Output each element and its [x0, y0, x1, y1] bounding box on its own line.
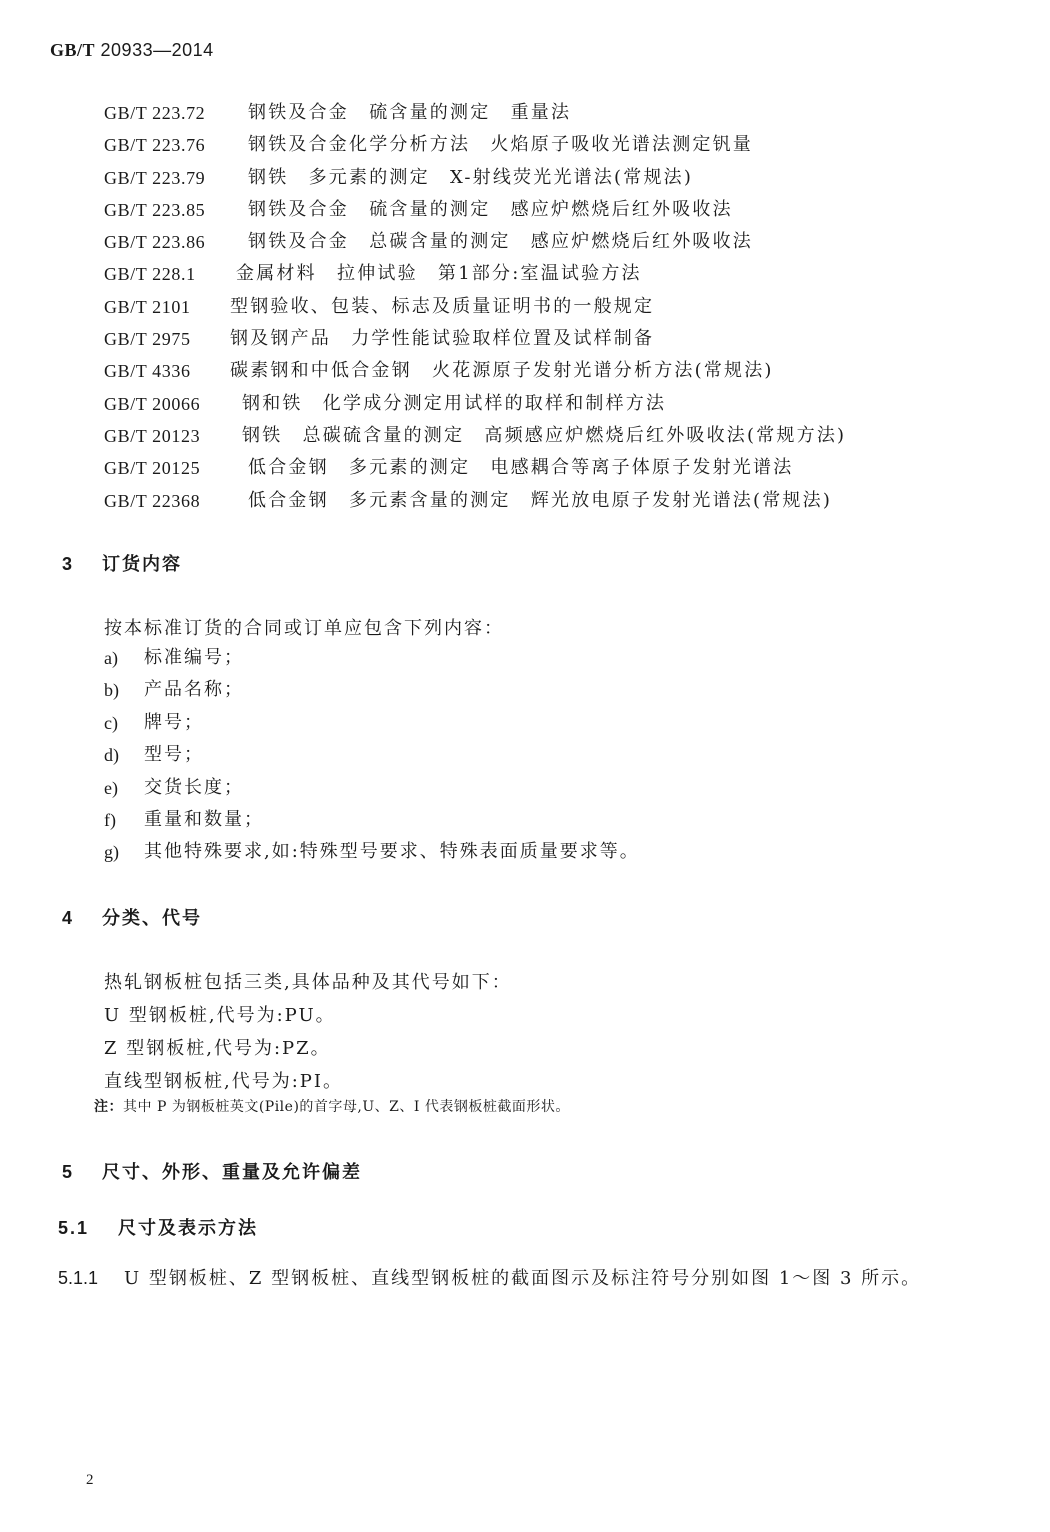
standard-number: 20933—2014 [101, 40, 214, 60]
list-text: 型号； [144, 739, 204, 771]
reference-title: 钢铁 多元素的测定 X-射线荧光光谱法(常规法) [248, 162, 693, 194]
list-marker: f) [104, 804, 144, 836]
page-number: 2 [86, 1472, 94, 1489]
clause-text: U 型钢板桩、Z 型钢板桩、直线型钢板桩的截面图示及标注符号分别如图 1～图 3… [124, 1268, 921, 1289]
reference-title: 型钢验收、包装、标志及质量证明书的一般规定 [230, 291, 654, 323]
section-4-intro: 热轧钢板桩包括三类,具体品种及其代号如下： [104, 968, 512, 994]
reference-item: GB/T 228.1金属材料 拉伸试验 第1部分:室温试验方法 [104, 258, 846, 290]
list-text: 产品名称； [144, 674, 244, 706]
reference-item: GB/T 223.85钢铁及合金 硫含量的测定 感应炉燃烧后红外吸收法 [104, 194, 846, 226]
reference-code: GB/T 20066 [104, 388, 242, 420]
reference-item: GB/T 20123钢铁 总碳硫含量的测定 高频感应炉燃烧后红外吸收法(常规方法… [104, 420, 846, 452]
reference-item: GB/T 223.79钢铁 多元素的测定 X-射线荧光光谱法(常规法) [104, 162, 846, 194]
reference-code: GB/T 223.86 [104, 226, 248, 258]
section-title: 尺寸、外形、重量及允许偏差 [102, 1162, 362, 1182]
code-line-pu: U 型钢板桩,代号为:PU。 [104, 1001, 336, 1027]
reference-item: GB/T 20066钢和铁 化学成分测定用试样的取样和制样方法 [104, 388, 846, 420]
reference-title: 低合金钢 多元素含量的测定 辉光放电原子发射光谱法(常规法) [248, 485, 832, 517]
list-item: b)产品名称； [104, 674, 640, 706]
section-title: 分类、代号 [102, 908, 202, 928]
subsection-title: 尺寸及表示方法 [118, 1218, 258, 1238]
reference-title: 低合金钢 多元素的测定 电感耦合等离子体原子发射光谱法 [248, 452, 793, 484]
reference-code: GB/T 22368 [104, 485, 248, 517]
document-header: GB/T 20933—2014 [50, 40, 214, 61]
reference-code: GB/T 223.76 [104, 129, 248, 161]
reference-title: 钢铁及合金 总碳含量的测定 感应炉燃烧后红外吸收法 [248, 226, 753, 258]
reference-code: GB/T 4336 [104, 355, 230, 387]
reference-item: GB/T 22368低合金钢 多元素含量的测定 辉光放电原子发射光谱法(常规法) [104, 485, 846, 517]
subsection-5-1-heading: 5.1尺寸及表示方法 [58, 1214, 258, 1240]
reference-code: GB/T 2101 [104, 291, 230, 323]
list-marker: e) [104, 772, 144, 804]
note-label: 注： [94, 1098, 123, 1114]
reference-item: GB/T 223.76钢铁及合金化学分析方法 火焰原子吸收光谱法测定钒量 [104, 129, 846, 161]
code-line-pz: Z 型钢板桩,代号为:PZ。 [104, 1034, 331, 1060]
list-item: a)标准编号； [104, 642, 640, 674]
reference-code: GB/T 228.1 [104, 258, 236, 290]
reference-item: GB/T 20125低合金钢 多元素的测定 电感耦合等离子体原子发射光谱法 [104, 452, 846, 484]
reference-title: 碳素钢和中低合金钢 火花源原子发射光谱分析方法(常规法) [230, 355, 774, 387]
list-marker: g) [104, 836, 144, 868]
code-line-pi: 直线型钢板桩,代号为:PI。 [104, 1067, 343, 1093]
reference-code: GB/T 223.85 [104, 194, 248, 226]
list-item: g)其他特殊要求,如:特殊型号要求、特殊表面质量要求等。 [104, 836, 640, 868]
reference-title: 钢和铁 化学成分测定用试样的取样和制样方法 [242, 388, 666, 420]
reference-code: GB/T 223.79 [104, 162, 248, 194]
reference-code: GB/T 20125 [104, 452, 248, 484]
reference-item: GB/T 2975钢及钢产品 力学性能试验取样位置及试样制备 [104, 323, 846, 355]
subsection-number: 5.1 [58, 1218, 118, 1239]
normative-references-list: GB/T 223.72钢铁及合金 硫含量的测定 重量法 GB/T 223.76钢… [104, 97, 846, 517]
list-text: 交货长度； [144, 772, 244, 804]
list-item: e)交货长度； [104, 772, 640, 804]
note-text: 其中 P 为钢板桩英文(Pile)的首字母,U、Z、I 代表钢板桩截面形状。 [123, 1099, 570, 1115]
reference-code: GB/T 2975 [104, 323, 230, 355]
reference-title: 金属材料 拉伸试验 第1部分:室温试验方法 [236, 258, 642, 290]
section-4-heading: 4分类、代号 [62, 904, 202, 930]
list-item: f)重量和数量； [104, 804, 640, 836]
reference-title: 钢铁及合金化学分析方法 火焰原子吸收光谱法测定钒量 [248, 129, 753, 161]
list-marker: c) [104, 707, 144, 739]
order-contents-list: a)标准编号； b)产品名称； c)牌号； d)型号； e)交货长度； f)重量… [104, 642, 640, 869]
reference-title: 钢及钢产品 力学性能试验取样位置及试样制备 [230, 323, 654, 355]
reference-code: GB/T 223.72 [104, 97, 248, 129]
list-item: c)牌号； [104, 707, 640, 739]
list-text: 标准编号； [144, 642, 244, 674]
note: 注：其中 P 为钢板桩英文(Pile)的首字母,U、Z、I 代表钢板桩截面形状。 [94, 1096, 570, 1116]
clause-number: 5.1.1 [58, 1268, 124, 1289]
reference-code: GB/T 20123 [104, 420, 242, 452]
list-marker: a) [104, 642, 144, 674]
clause-5-1-1: 5.1.1U 型钢板桩、Z 型钢板桩、直线型钢板桩的截面图示及标注符号分别如图 … [58, 1264, 921, 1290]
section-5-heading: 5尺寸、外形、重量及允许偏差 [62, 1158, 362, 1184]
section-title: 订货内容 [102, 554, 182, 574]
section-number: 4 [62, 908, 102, 929]
list-text: 牌号； [144, 707, 204, 739]
section-number: 5 [62, 1162, 102, 1183]
reference-item: GB/T 223.72钢铁及合金 硫含量的测定 重量法 [104, 97, 846, 129]
list-text: 重量和数量； [144, 804, 264, 836]
reference-title: 钢铁及合金 硫含量的测定 重量法 [248, 97, 571, 129]
section-3-heading: 3订货内容 [62, 550, 182, 576]
standard-prefix: GB/T [50, 40, 95, 60]
reference-title: 钢铁 总碳硫含量的测定 高频感应炉燃烧后红外吸收法(常规方法) [242, 420, 846, 452]
reference-title: 钢铁及合金 硫含量的测定 感应炉燃烧后红外吸收法 [248, 194, 733, 226]
list-text: 其他特殊要求,如:特殊型号要求、特殊表面质量要求等。 [144, 836, 640, 868]
list-marker: b) [104, 674, 144, 706]
list-item: d)型号； [104, 739, 640, 771]
list-marker: d) [104, 739, 144, 771]
reference-item: GB/T 223.86钢铁及合金 总碳含量的测定 感应炉燃烧后红外吸收法 [104, 226, 846, 258]
section-3-intro: 按本标准订货的合同或订单应包含下列内容： [104, 614, 504, 640]
reference-item: GB/T 2101型钢验收、包装、标志及质量证明书的一般规定 [104, 291, 846, 323]
reference-item: GB/T 4336碳素钢和中低合金钢 火花源原子发射光谱分析方法(常规法) [104, 355, 846, 387]
section-number: 3 [62, 554, 102, 575]
